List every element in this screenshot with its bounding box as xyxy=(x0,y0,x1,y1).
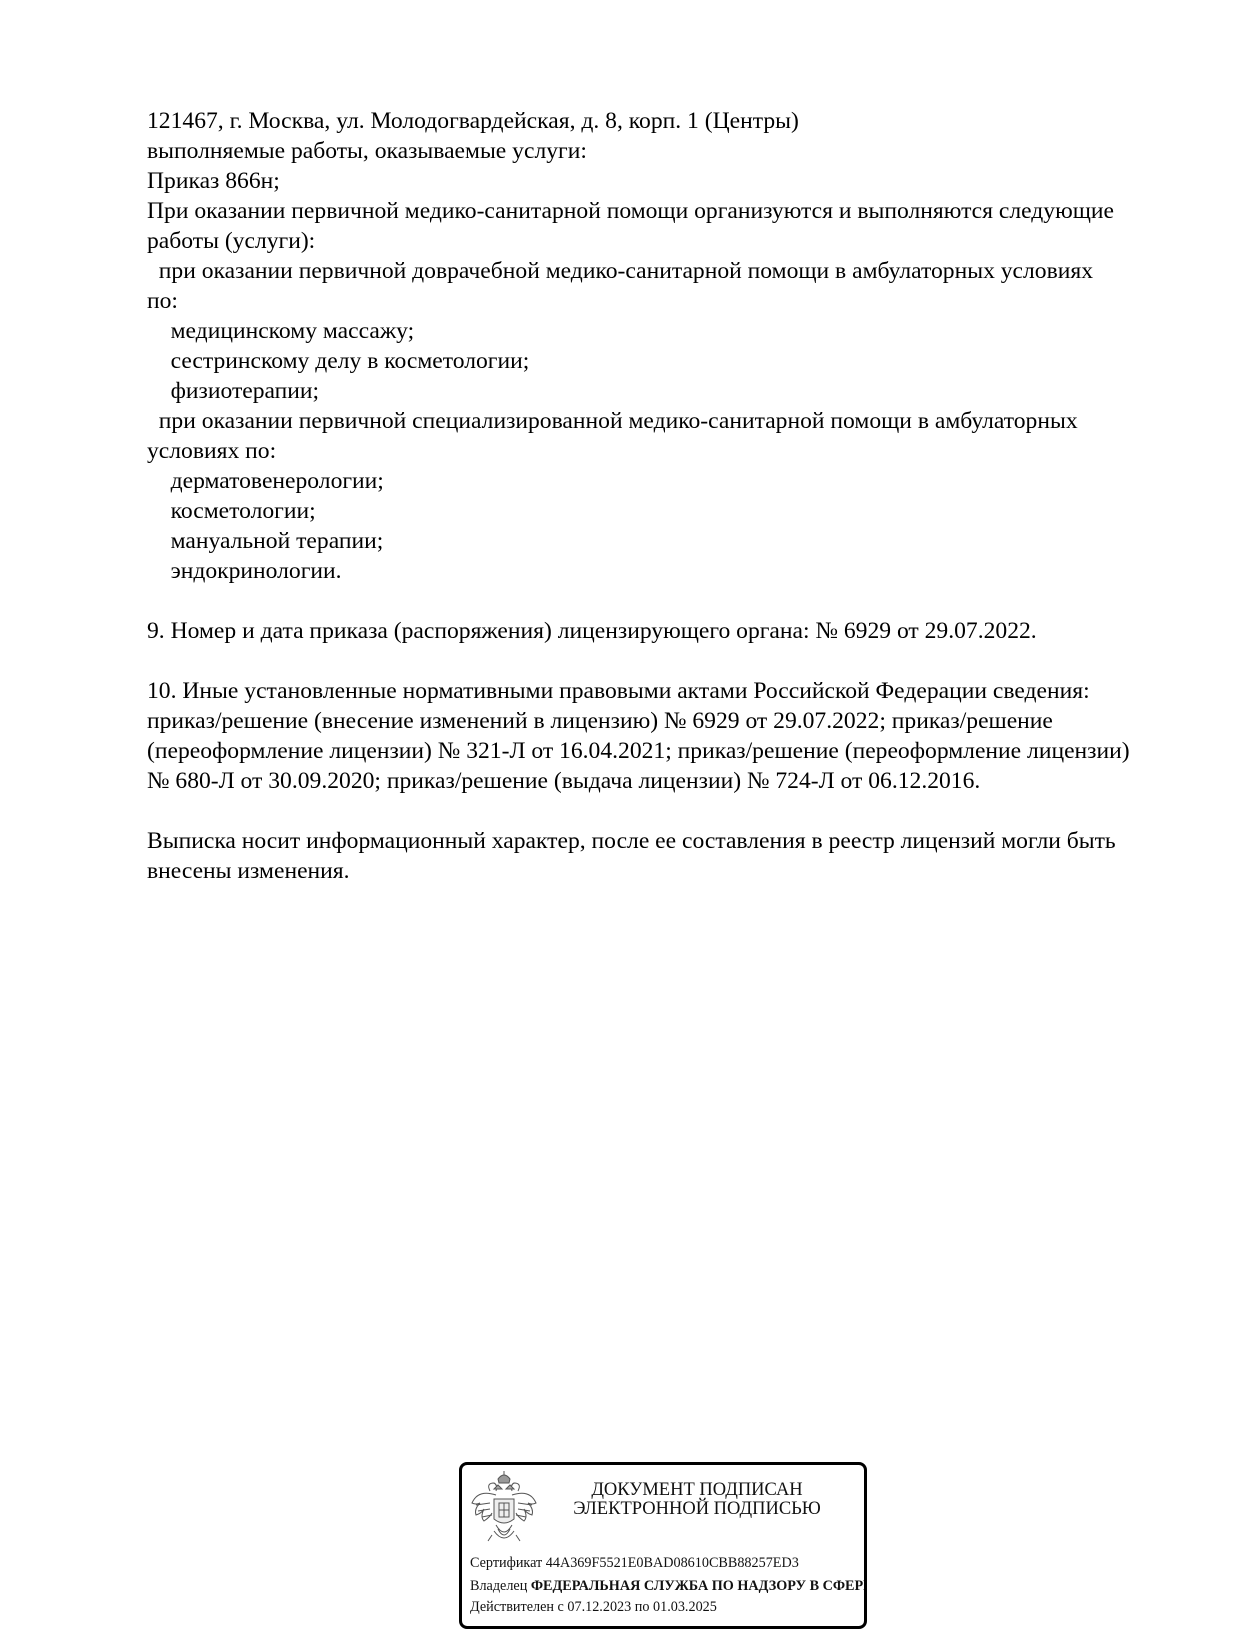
coat-of-arms-icon xyxy=(468,1469,540,1549)
validity-line: Действителен с 07.12.2023 по 01.03.2025 xyxy=(470,1599,717,1616)
text-line: № 680-Л от 30.09.2020; приказ/решение (в… xyxy=(147,766,1130,796)
certificate-line: Сертификат 44A369F5521E0BAD08610CBB88257… xyxy=(470,1555,799,1572)
text-line: приказ/решение (внесение изменений в лиц… xyxy=(147,706,1130,736)
text-line: при оказании первичной специализированно… xyxy=(147,406,1130,436)
text-line: 121467, г. Москва, ул. Молодогвардейская… xyxy=(147,106,1130,136)
text-line: дерматовенерологии; xyxy=(147,466,1130,496)
text-line: (переоформление лицензии) № 321-Л от 16.… xyxy=(147,736,1130,766)
document-body: 121467, г. Москва, ул. Молодогвардейская… xyxy=(147,106,1130,886)
text-line: Выписка носит информационный характер, п… xyxy=(147,826,1130,856)
certificate-value: 44A369F5521E0BAD08610CBB88257ED3 xyxy=(546,1555,799,1571)
text-line: сестринскому делу в косметологии; xyxy=(147,346,1130,376)
text-line: 9. Номер и дата приказа (распоряжения) л… xyxy=(147,616,1130,646)
text-line: Приказ 866н; xyxy=(147,166,1130,196)
text-line: 10. Иные установленные нормативными прав… xyxy=(147,676,1130,706)
text-line: при оказании первичной доврачебной медик… xyxy=(147,256,1130,286)
stamp-title: ДОКУМЕНТ ПОДПИСАН ЭЛЕКТРОННОЙ ПОДПИСЬЮ xyxy=(542,1481,852,1519)
text-line: эндокринологии. xyxy=(147,556,1130,586)
certificate-label: Сертификат xyxy=(470,1555,542,1571)
blank-line xyxy=(147,646,1130,676)
owner-value: ФЕДЕРАЛЬНАЯ СЛУЖБА ПО НАДЗОРУ В СФЕРЕ ЗД… xyxy=(531,1578,867,1594)
text-line: выполняемые работы, оказываемые услуги: xyxy=(147,136,1130,166)
text-line: мануальной терапии; xyxy=(147,526,1130,556)
stamp-title-line2: ЭЛЕКТРОННОЙ ПОДПИСЬЮ xyxy=(542,1500,852,1519)
text-line: физиотерапии; xyxy=(147,376,1130,406)
text-line: косметологии; xyxy=(147,496,1130,526)
text-line: внесены изменения. xyxy=(147,856,1130,886)
stamp-title-line1: ДОКУМЕНТ ПОДПИСАН xyxy=(542,1481,852,1500)
blank-line xyxy=(147,586,1130,616)
electronic-signature-stamp: ДОКУМЕНТ ПОДПИСАН ЭЛЕКТРОННОЙ ПОДПИСЬЮ С… xyxy=(459,1462,867,1629)
text-line: работы (услуги): xyxy=(147,226,1130,256)
text-line: по: xyxy=(147,286,1130,316)
text-line: условиях по: xyxy=(147,436,1130,466)
text-line: медицинскому массажу; xyxy=(147,316,1130,346)
owner-line: Владелец ФЕДЕРАЛЬНАЯ СЛУЖБА ПО НАДЗОРУ В… xyxy=(470,1578,867,1595)
blank-line xyxy=(147,796,1130,826)
owner-label: Владелец xyxy=(470,1578,527,1594)
text-line: При оказании первичной медико-санитарной… xyxy=(147,196,1130,226)
